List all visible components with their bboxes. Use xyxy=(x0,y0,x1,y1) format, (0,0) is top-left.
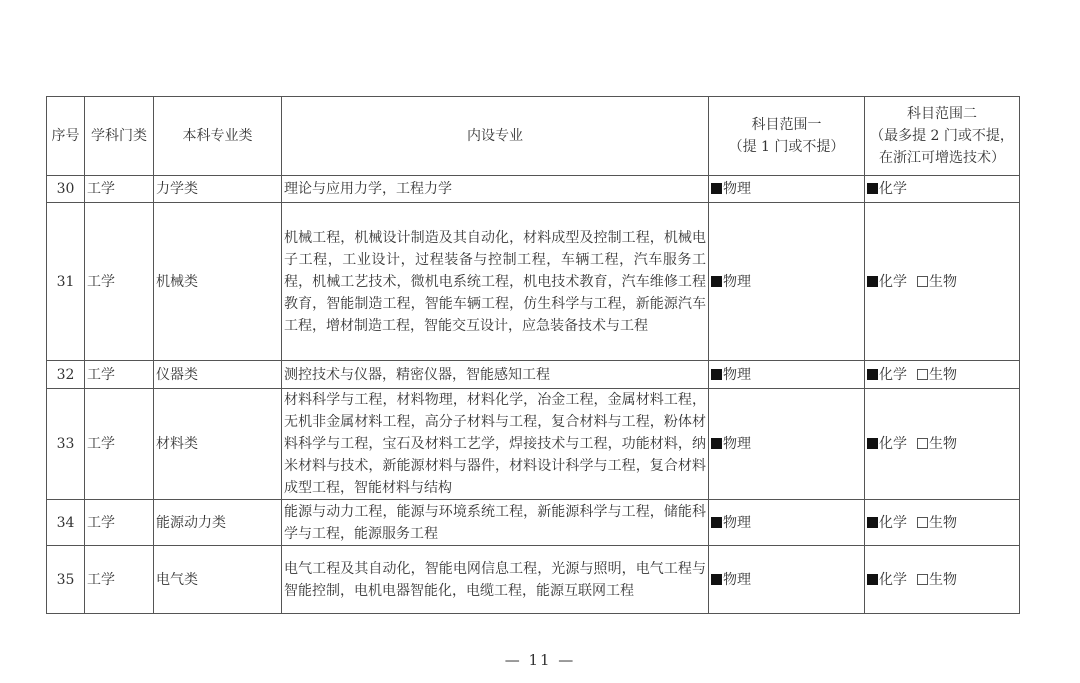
header-category: 本科专业类 xyxy=(154,97,282,176)
subject-label: 化学 xyxy=(879,181,907,197)
checked-box-icon xyxy=(867,369,878,380)
row-category: 力学类 xyxy=(154,176,282,203)
checked-box-icon xyxy=(867,517,878,528)
header-scope2-title: 科目范围二 xyxy=(867,103,1017,125)
row-seq: 33 xyxy=(47,389,85,500)
row-scope1: 物理 xyxy=(709,203,865,361)
scope2-subject-option: 化学 xyxy=(867,515,907,531)
row-category: 机械类 xyxy=(154,203,282,361)
subject-label: 物理 xyxy=(723,572,751,588)
row-scope1: 物理 xyxy=(709,176,865,203)
row-scope1: 物理 xyxy=(709,500,865,546)
row-scope2: 化学生物 xyxy=(865,389,1020,500)
table-row: 35工学电气类电气工程及其自动化，智能电网信息工程，光源与照明，电气工程与智能控… xyxy=(47,546,1020,614)
checked-box-icon xyxy=(711,438,722,449)
checked-box-icon xyxy=(867,438,878,449)
scope1-subject-option: 物理 xyxy=(711,572,751,588)
unchecked-box-icon xyxy=(917,276,928,287)
subject-label: 生物 xyxy=(929,274,957,290)
row-category: 电气类 xyxy=(154,546,282,614)
checked-box-icon xyxy=(711,574,722,585)
subject-label: 化学 xyxy=(879,515,907,531)
scope2-subject-option: 生物 xyxy=(917,572,957,588)
page-number: — 11 — xyxy=(0,651,1080,669)
row-seq: 35 xyxy=(47,546,85,614)
subject-label: 化学 xyxy=(879,274,907,290)
table-row: 30工学力学类理论与应用力学，工程力学物理化学 xyxy=(47,176,1020,203)
scope2-subject-option: 化学 xyxy=(867,181,907,197)
row-discipline: 工学 xyxy=(85,176,154,203)
row-scope2: 化学生物 xyxy=(865,203,1020,361)
scope2-subject-option: 生物 xyxy=(917,367,957,383)
header-discipline: 学科门类 xyxy=(85,97,154,176)
header-scope2-note-2: 在浙江可增选技术） xyxy=(867,147,1017,169)
header-scope1: 科目范围一 （提 1 门或不提） xyxy=(709,97,865,176)
row-majors: 测控技术与仪器，精密仪器，智能感知工程 xyxy=(282,361,709,389)
header-scope1-note: （提 1 门或不提） xyxy=(711,136,862,158)
subject-label: 物理 xyxy=(723,436,751,452)
row-category: 仪器类 xyxy=(154,361,282,389)
scope2-subject-option: 化学 xyxy=(867,367,907,383)
scope1-subject-option: 物理 xyxy=(711,367,751,383)
subject-label: 化学 xyxy=(879,367,907,383)
table-row: 32工学仪器类测控技术与仪器，精密仪器，智能感知工程物理化学生物 xyxy=(47,361,1020,389)
scope2-subject-option: 化学 xyxy=(867,572,907,588)
scope2-subject-option: 化学 xyxy=(867,436,907,452)
subject-requirements-table: 序号 学科门类 本科专业类 内设专业 科目范围一 （提 1 门或不提） 科目范围… xyxy=(46,96,1020,614)
row-category: 能源动力类 xyxy=(154,500,282,546)
row-scope2: 化学生物 xyxy=(865,546,1020,614)
header-scope1-title: 科目范围一 xyxy=(711,114,862,136)
unchecked-box-icon xyxy=(917,574,928,585)
header-seq: 序号 xyxy=(47,97,85,176)
row-seq: 31 xyxy=(47,203,85,361)
subject-label: 物理 xyxy=(723,515,751,531)
checked-box-icon xyxy=(711,276,722,287)
row-seq: 30 xyxy=(47,176,85,203)
row-scope1: 物理 xyxy=(709,389,865,500)
row-category: 材料类 xyxy=(154,389,282,500)
subject-label: 生物 xyxy=(929,436,957,452)
scope2-subject-option: 化学 xyxy=(867,274,907,290)
row-scope1: 物理 xyxy=(709,546,865,614)
unchecked-box-icon xyxy=(917,517,928,528)
subject-label: 生物 xyxy=(929,572,957,588)
table-row: 33工学材料类材料科学与工程，材料物理，材料化学，冶金工程，金属材料工程，无机非… xyxy=(47,389,1020,500)
subject-label: 物理 xyxy=(723,181,751,197)
checked-box-icon xyxy=(711,517,722,528)
scope1-subject-option: 物理 xyxy=(711,436,751,452)
checked-box-icon xyxy=(867,183,878,194)
header-row: 序号 学科门类 本科专业类 内设专业 科目范围一 （提 1 门或不提） 科目范围… xyxy=(47,97,1020,176)
row-majors: 材料科学与工程，材料物理，材料化学，冶金工程，金属材料工程，无机非金属材料工程，… xyxy=(282,389,709,500)
scope2-subject-option: 生物 xyxy=(917,274,957,290)
table-row: 34工学能源动力类能源与动力工程，能源与环境系统工程，新能源科学与工程，储能科学… xyxy=(47,500,1020,546)
row-seq: 32 xyxy=(47,361,85,389)
row-scope2: 化学生物 xyxy=(865,500,1020,546)
header-majors: 内设专业 xyxy=(282,97,709,176)
subject-label: 物理 xyxy=(723,274,751,290)
header-scope2-note-1: （最多提 2 门或不提， xyxy=(867,125,1017,147)
header-scope2: 科目范围二 （最多提 2 门或不提， 在浙江可增选技术） xyxy=(865,97,1020,176)
checked-box-icon xyxy=(867,276,878,287)
table-row: 31工学机械类机械工程，机械设计制造及其自动化，材料成型及控制工程，机械电子工程… xyxy=(47,203,1020,361)
scope2-subject-option: 生物 xyxy=(917,436,957,452)
checked-box-icon xyxy=(711,183,722,194)
scope1-subject-option: 物理 xyxy=(711,274,751,290)
unchecked-box-icon xyxy=(917,438,928,449)
row-scope2: 化学生物 xyxy=(865,361,1020,389)
row-discipline: 工学 xyxy=(85,361,154,389)
subject-label: 物理 xyxy=(723,367,751,383)
subject-label: 生物 xyxy=(929,515,957,531)
row-majors: 电气工程及其自动化，智能电网信息工程，光源与照明，电气工程与智能控制，电机电器智… xyxy=(282,546,709,614)
row-majors: 机械工程，机械设计制造及其自动化，材料成型及控制工程，机械电子工程，工业设计，过… xyxy=(282,203,709,361)
row-discipline: 工学 xyxy=(85,203,154,361)
row-discipline: 工学 xyxy=(85,500,154,546)
subject-label: 化学 xyxy=(879,436,907,452)
row-majors: 能源与动力工程，能源与环境系统工程，新能源科学与工程，储能科学与工程，能源服务工… xyxy=(282,500,709,546)
subject-label: 生物 xyxy=(929,367,957,383)
checked-box-icon xyxy=(711,369,722,380)
checked-box-icon xyxy=(867,574,878,585)
row-scope2: 化学 xyxy=(865,176,1020,203)
row-discipline: 工学 xyxy=(85,546,154,614)
scope1-subject-option: 物理 xyxy=(711,181,751,197)
scope1-subject-option: 物理 xyxy=(711,515,751,531)
row-scope1: 物理 xyxy=(709,361,865,389)
row-discipline: 工学 xyxy=(85,389,154,500)
scope2-subject-option: 生物 xyxy=(917,515,957,531)
row-seq: 34 xyxy=(47,500,85,546)
unchecked-box-icon xyxy=(917,369,928,380)
subject-label: 化学 xyxy=(879,572,907,588)
row-majors: 理论与应用力学，工程力学 xyxy=(282,176,709,203)
